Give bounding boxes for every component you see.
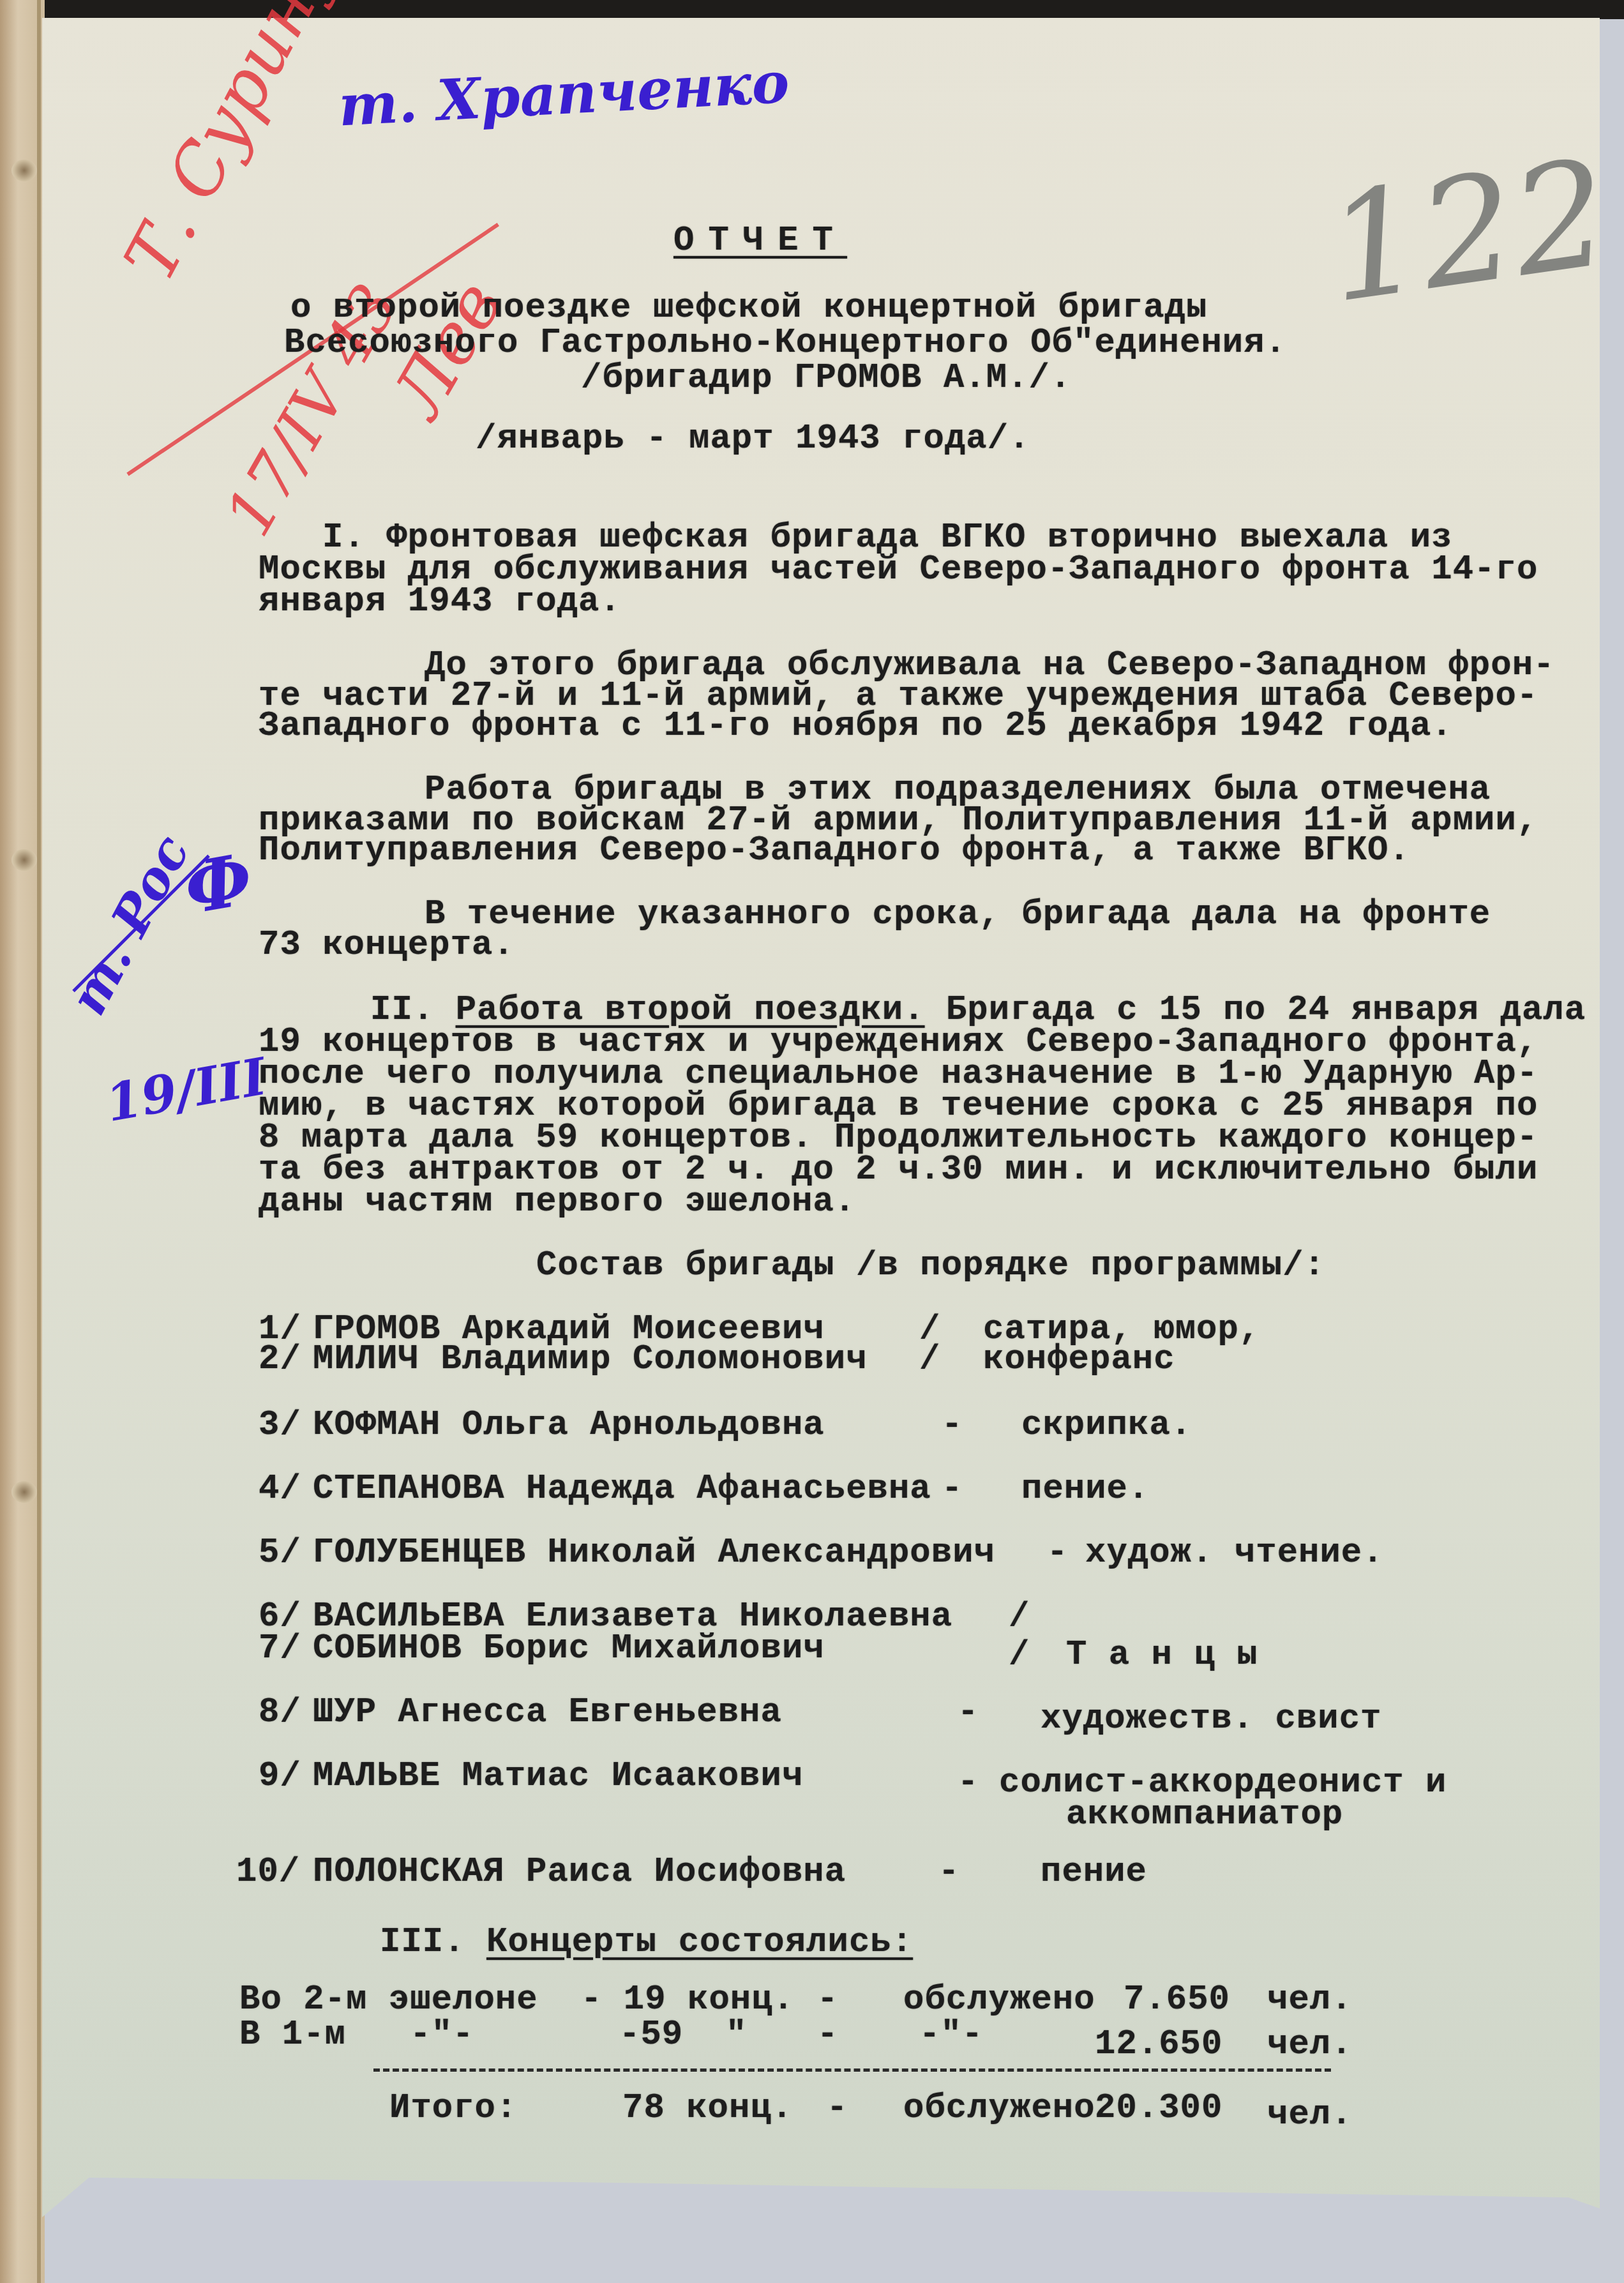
subtitle-line-2: Всесоюзного Гастрольно-Концертного Об"ед… [284, 326, 1286, 361]
section3-number: III. [380, 1923, 465, 1962]
row-served-value: 12.650 [1095, 2027, 1222, 2063]
section1-para2-line3: Западного фронта с 11-го ноября по 25 де… [259, 709, 1453, 744]
roster-separator: - [938, 1855, 959, 1890]
subtitle-line-1: о второй поездке шефской концертной бриг… [290, 290, 1207, 326]
punch-hole [11, 1481, 37, 1503]
roster-name: ГОЛУБЕНЦЕВ Николай Александрович [313, 1535, 995, 1571]
section1-para1-line3: января 1943 года. [259, 584, 621, 620]
roster-separator: - [942, 1408, 963, 1443]
section1-para3-line3: Политуправления Северо-Западного фронта,… [259, 833, 1410, 869]
section2-line: даны частям первого эшелона. [259, 1184, 855, 1220]
section3-heading: Концерты состоялись: [486, 1923, 913, 1962]
document-title: ОТЧЕТ [673, 223, 847, 259]
roster-name: ШУР Агнесса Евгеньевна [313, 1695, 782, 1731]
roster-role: аккомпаниатор [1066, 1797, 1343, 1833]
roster-number: 10/ [236, 1855, 300, 1890]
roster-number: 4/ [259, 1472, 301, 1507]
roster-separator: - [958, 1765, 979, 1801]
roster-role: скрипка. [1021, 1408, 1192, 1443]
subtitle-line-3: /бригадир ГРОМОВ А.М./. [581, 361, 1071, 396]
roster-role: Т а н ц ы [1066, 1638, 1258, 1673]
total-unit: чел. [1267, 2097, 1353, 2133]
row-separator: - [817, 1982, 838, 2018]
roster-number: 8/ [259, 1695, 301, 1731]
roster-separator: - [942, 1472, 963, 1507]
roster-name: МАЛЬВЕ Матиас Исаакович [313, 1759, 803, 1795]
row-count: - 19 конц. [581, 1982, 794, 2018]
punch-hole [11, 160, 37, 181]
roster-separator: / [919, 1342, 940, 1378]
section1-para4-line1: В течение указанного срока, бригада дала… [425, 897, 1491, 933]
binder-fold [37, 0, 41, 2283]
roster-name: ПОЛОНСКАЯ Раиса Иосифовна [313, 1855, 846, 1890]
blue-ink-margin-signature: Ф [179, 838, 259, 930]
roster-number: 7/ [259, 1631, 301, 1667]
section1-para4-line2: 73 концерта. [259, 928, 515, 963]
roster-role: пение [1041, 1855, 1147, 1890]
roster-separator: - [1047, 1535, 1068, 1571]
roster-name: МИЛИЧ Владимир Соломонович [313, 1342, 868, 1378]
roster-heading: Состав бригады /в порядке программы/: [536, 1248, 1325, 1284]
total-served-label: обслужено [903, 2091, 1095, 2127]
row-label: Во 2-м эшелоне [239, 1982, 538, 2018]
total-count: 78 конц. [622, 2091, 793, 2127]
row-separator: - [817, 2017, 838, 2053]
roster-number: 2/ [259, 1342, 301, 1378]
roster-role: художеств. свист [1041, 1701, 1381, 1737]
roster-separator: / [1009, 1599, 1030, 1635]
roster-separator: - [958, 1695, 979, 1731]
roster-name: СТЕПАНОВА Надежда Афанасьевна [313, 1472, 931, 1507]
report-period: /январь - март 1943 года/. [476, 421, 1030, 457]
section3-header: III. Концерты состоялись: [380, 1925, 913, 1961]
roster-name: СОБИНОВ Борис Михайлович [313, 1631, 825, 1667]
row-unit: чел. [1267, 2027, 1353, 2063]
total-divider [373, 2068, 1331, 2072]
roster-number: 9/ [259, 1759, 301, 1795]
roster-role: худож. чтение. [1085, 1535, 1384, 1571]
roster-role: конферанс [983, 1342, 1175, 1378]
roster-role: пение. [1021, 1472, 1149, 1507]
total-served-value: 20.300 [1095, 2091, 1222, 2127]
roster-separator: / [1009, 1638, 1030, 1673]
punch-hole [11, 849, 37, 871]
row-served-label: -"- [919, 2017, 983, 2053]
row-served-value: 7.650 [1124, 1982, 1230, 2018]
row-count: -59 " [619, 2017, 747, 2053]
roster-number: 5/ [259, 1535, 301, 1571]
roster-name: КОФМАН Ольга Арнольдовна [313, 1408, 825, 1443]
row-served-label: обслужено [903, 1982, 1095, 2018]
total-separator: - [827, 2091, 848, 2127]
row-label: В 1-м -"- [239, 2017, 474, 2053]
row-unit: чел. [1267, 1982, 1353, 2018]
roster-number: 3/ [259, 1408, 301, 1443]
total-label: Итого: [389, 2091, 517, 2127]
